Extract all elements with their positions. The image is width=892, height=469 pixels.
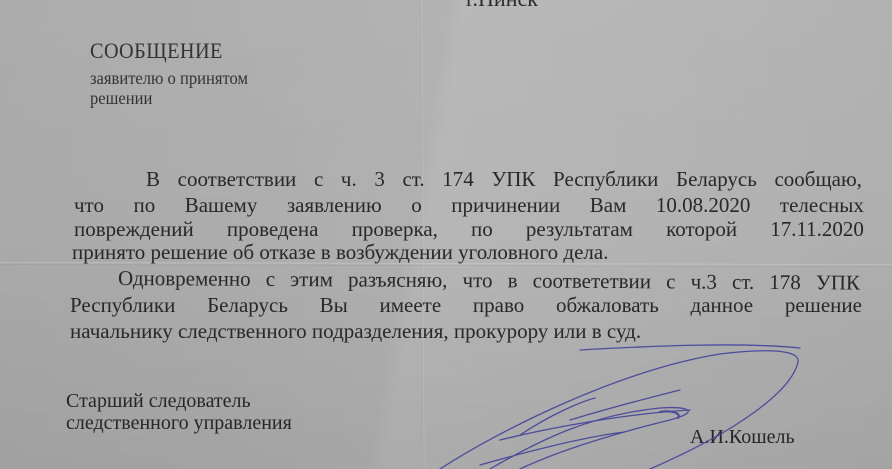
handwritten-signature [420,340,890,469]
word: Беларусь [207,293,288,318]
signer-position-line-1: Старший следователь [66,390,251,413]
word: право [473,293,524,318]
word: ч. [341,167,357,192]
word: Республики [553,167,658,192]
word: принято решение об отказе в возбуждении … [72,240,608,265]
word: ст. [732,270,754,295]
word: Вы [320,293,348,318]
word: сообщаю, [774,167,861,192]
word: с [314,167,323,192]
word: 3 [374,167,385,192]
word: ст. [402,167,424,192]
word: Беларусь [676,167,757,192]
word: повреждений [74,217,194,242]
word: по [133,193,155,218]
word: обжаловать [556,293,659,318]
word: телесных [780,193,864,218]
word: Вам [590,193,627,218]
document-subtitle-line-1: заявителю о принятом [90,68,248,89]
word: заявлению [287,193,382,218]
word: о [411,193,422,218]
signer-position-line-2: следственного управления [66,412,292,435]
paragraph-1-line-2: чтопоВашемузаявлениюопричиненииВам10.08.… [74,193,864,218]
city-header: г.Пинск [466,0,538,12]
word: 10.08.2020 [656,193,751,218]
word: этим [290,267,333,292]
document-subtitle-line-2: решении [90,88,152,109]
word: данное [691,293,754,318]
paragraph-2-line-1: Одновременносэтимразъясняю,чтовсоответет… [118,266,860,296]
paragraph-1-line-1: Всоответствиисч.3ст.174УПКРеспубликиБела… [146,167,862,192]
word: разъясняю, [348,267,448,293]
word: что [462,268,492,293]
word: имеете [380,293,442,318]
word: 17.11.2020 [770,217,864,242]
word: В [146,167,160,192]
word: 178 [769,270,801,295]
word: Одновременно [118,266,251,292]
word: Республики [70,293,175,318]
word: решение [785,293,862,318]
word: которой [666,217,737,242]
paragraph-1-line-4: принято решение об отказе в возбуждении … [72,240,608,265]
word: с [266,267,275,292]
word: с [666,269,675,294]
word: в [508,268,518,293]
word: соответетвии [533,269,652,295]
word: Вашему [185,193,258,218]
word: причинении [451,193,560,218]
word: УПК [491,167,535,192]
paragraph-1-line-3: поврежденийпроведенапроверка,порезультат… [74,217,864,242]
word: 174 [442,167,474,192]
word: результатам [526,217,633,242]
document-title: СООБЩЕНИЕ [90,38,223,64]
paragraph-2-line-2: РеспубликиБеларусьВыимеетеправообжаловат… [70,293,862,318]
word: проверка, [352,217,438,242]
word: УПК [816,270,860,295]
word: по [471,217,493,242]
word: что [74,193,104,218]
word: соответствии [178,167,297,192]
word: ч.3 [691,269,717,294]
word: проведена [227,217,319,242]
